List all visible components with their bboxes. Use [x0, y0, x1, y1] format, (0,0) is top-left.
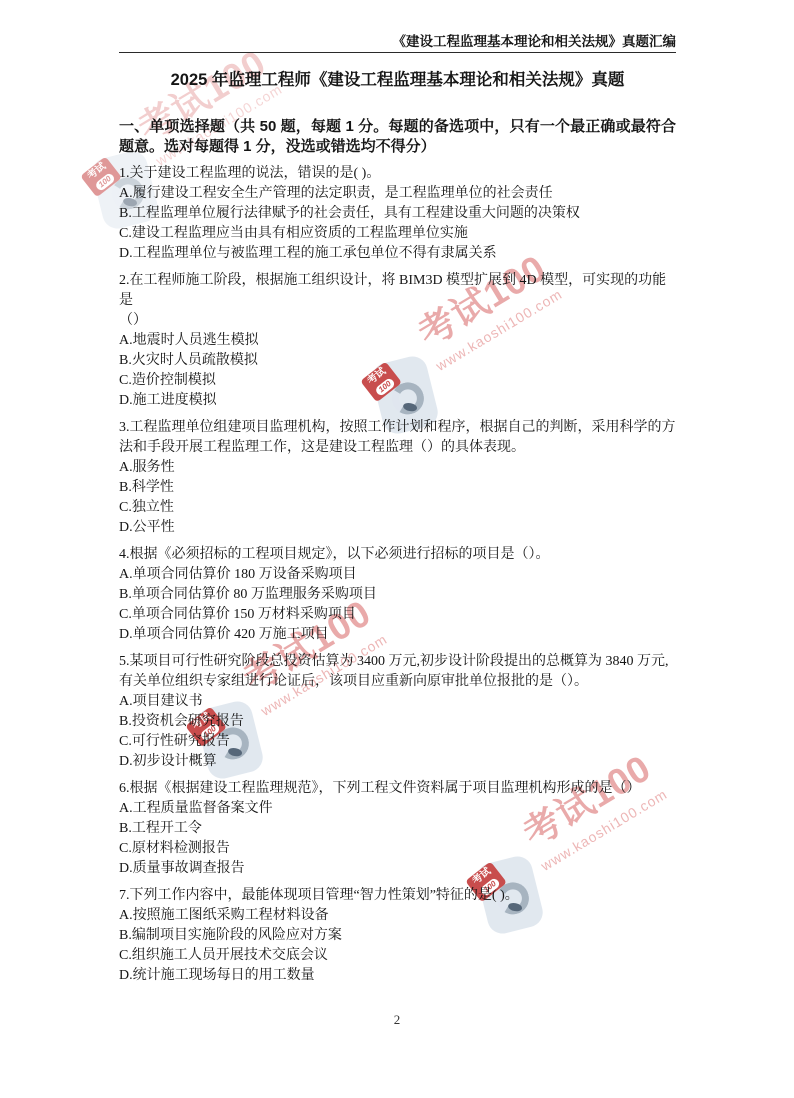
question-option: B.科学性 — [119, 478, 676, 498]
question-option: A.按照施工图纸采购工程材料设备 — [119, 906, 676, 926]
question-stem-line: （） — [119, 311, 676, 331]
page-number: 2 — [0, 1012, 794, 1028]
question-option: D.统计施工现场每日的用工数量 — [119, 966, 676, 986]
question-stem-line: 6.根据《根据建设工程监理规范》，下列工程文件资料属于项目监理机构形成的是（） — [119, 779, 676, 799]
question-block: 7.下列工作内容中，最能体现项目管理“智力性策划”特征的是( )。A.按照施工图… — [119, 886, 676, 986]
question-option: B.单项合同估算价 80 万监理服务采购项目 — [119, 585, 676, 605]
question-option: B.工程监理单位履行法律赋予的社会责任，具有工程建设重大问题的决策权 — [119, 204, 676, 224]
question-option: D.工程监理单位与被监理工程的施工承包单位不得有隶属关系 — [119, 244, 676, 264]
question-stem-line: 有关单位组织专家组进行论证后，该项目应重新向原审批单位报批的是（）。 — [119, 672, 676, 692]
question-option: D.质量事故调查报告 — [119, 859, 676, 879]
section-heading: 一、单项选择题（共 50 题，每题 1 分。每题的备选项中，只有一个最正确或最符… — [119, 117, 676, 157]
question-stem-line: 5.某项目可行性研究阶段总投资估算为 3400 万元,初步设计阶段提出的总概算为… — [119, 652, 676, 672]
question-option: C.组织施工人员开展技术交底会议 — [119, 946, 676, 966]
question-option: C.造价控制模拟 — [119, 371, 676, 391]
question-stem-line: 法和手段开展工程监理工作，这是建设工程监理（）的具体表现。 — [119, 438, 676, 458]
question-option: A.地震时人员逃生模拟 — [119, 331, 676, 351]
question-option: D.单项合同估算价 420 万施工项目 — [119, 625, 676, 645]
question-list: 1.关于建设工程监理的说法，错误的是( )。A.履行建设工程安全生产管理的法定职… — [119, 164, 676, 986]
question-block: 1.关于建设工程监理的说法，错误的是( )。A.履行建设工程安全生产管理的法定职… — [119, 164, 676, 264]
question-option: C.可行性研究报告 — [119, 732, 676, 752]
question-stem-line: 4.根据《必须招标的工程项目规定》，以下必须进行招标的项目是（）。 — [119, 545, 676, 565]
question-block: 4.根据《必须招标的工程项目规定》，以下必须进行招标的项目是（）。A.单项合同估… — [119, 545, 676, 645]
question-option: C.独立性 — [119, 498, 676, 518]
question-option: C.建设工程监理应当由具有相应资质的工程监理单位实施 — [119, 224, 676, 244]
question-block: 3.工程监理单位组建项目监理机构，按照工作计划和程序，根据自己的判断，采用科学的… — [119, 418, 676, 538]
page-title: 2025 年监理工程师《建设工程监理基本理论和相关法规》真题 — [119, 70, 676, 90]
running-header: 《建设工程监理基本理论和相关法规》真题汇编 — [119, 34, 676, 53]
question-stem-line: 1.关于建设工程监理的说法，错误的是( )。 — [119, 164, 676, 184]
question-option: D.初步设计概算 — [119, 752, 676, 772]
document-page: 考试 100 考试100 www.kaoshi100.com 考试 100 考试… — [0, 0, 794, 1098]
question-stem-line: 7.下列工作内容中，最能体现项目管理“智力性策划”特征的是( )。 — [119, 886, 676, 906]
question-stem-line: 3.工程监理单位组建项目监理机构，按照工作计划和程序，根据自己的判断，采用科学的… — [119, 418, 676, 438]
question-option: B.编制项目实施阶段的风险应对方案 — [119, 926, 676, 946]
question-block: 2.在工程师施工阶段，根据施工组织设计，将 BIM3D 模型扩展到 4D 模型，… — [119, 271, 676, 411]
question-option: A.项目建议书 — [119, 692, 676, 712]
question-option: A.工程质量监督备案文件 — [119, 799, 676, 819]
question-option: A.服务性 — [119, 458, 676, 478]
question-option: B.投资机会研究报告 — [119, 712, 676, 732]
question-option: D.公平性 — [119, 518, 676, 538]
question-block: 6.根据《根据建设工程监理规范》，下列工程文件资料属于项目监理机构形成的是（）A… — [119, 779, 676, 879]
question-option: A.履行建设工程安全生产管理的法定职责，是工程监理单位的社会责任 — [119, 184, 676, 204]
question-option: B.火灾时人员疏散模拟 — [119, 351, 676, 371]
question-option: C.单项合同估算价 150 万材料采购项目 — [119, 605, 676, 625]
document-content: 《建设工程监理基本理论和相关法规》真题汇编 2025 年监理工程师《建设工程监理… — [0, 0, 794, 986]
question-option: B.工程开工令 — [119, 819, 676, 839]
question-option: A.单项合同估算价 180 万设备采购项目 — [119, 565, 676, 585]
question-stem-line: 2.在工程师施工阶段，根据施工组织设计，将 BIM3D 模型扩展到 4D 模型，… — [119, 271, 676, 311]
question-option: C.原材料检测报告 — [119, 839, 676, 859]
question-block: 5.某项目可行性研究阶段总投资估算为 3400 万元,初步设计阶段提出的总概算为… — [119, 652, 676, 772]
question-option: D.施工进度模拟 — [119, 391, 676, 411]
